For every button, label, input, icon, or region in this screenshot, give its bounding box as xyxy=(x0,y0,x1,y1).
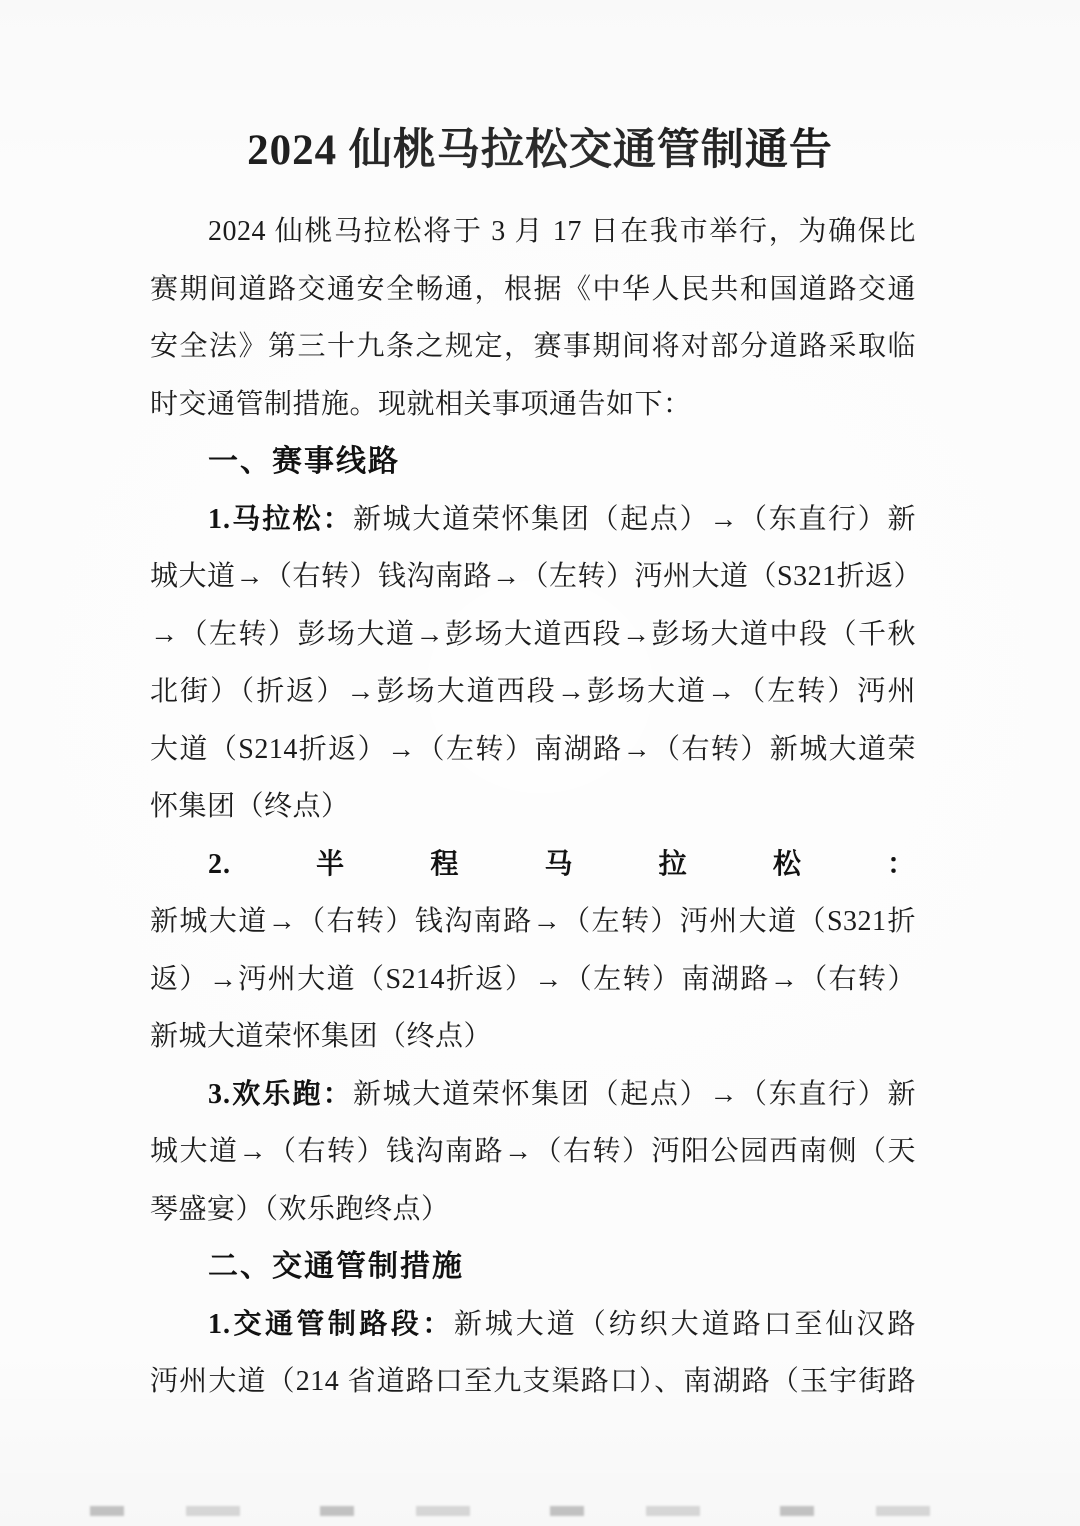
document-title: 2024 仙桃马拉松交通管制通告 xyxy=(0,0,1080,178)
document-line: 3.欢乐跑：新城大道荣怀集团（起点）→（东直行）新 xyxy=(150,1066,916,1124)
document-line: →（左转）彭场大道→彭场大道西段→彭场大道中段（千秋 xyxy=(150,606,916,664)
document-line: 返）→沔州大道（S214折返）→（左转）南湖路→（右转） xyxy=(150,951,916,1009)
document-line: 安全法》第三十九条之规定，赛事期间将对部分道路采取临 xyxy=(150,318,916,376)
document-line: 时交通管制措施。现就相关事项通告如下： xyxy=(150,376,916,434)
section-heading: 二、交通管制措施 xyxy=(150,1238,916,1296)
document-line: 2.半程马拉松：新城大道荣怀集团（起点）→（东直行） xyxy=(150,836,916,894)
document-line: 1.交通管制路段：新城大道（纺织大道路口至仙汉路口）、 xyxy=(150,1296,916,1354)
document-line: 城大道→（右转）钱沟南路→（右转）沔阳公园西南侧（天 xyxy=(150,1123,916,1181)
line-lead-label: 3.欢乐跑： xyxy=(208,1079,353,1110)
line-lead-label: 1.马拉松： xyxy=(208,504,353,535)
section-heading: 一、赛事线路 xyxy=(150,433,916,491)
document-line: 1.马拉松：新城大道荣怀集团（起点）→（东直行）新 xyxy=(150,491,916,549)
document-body: 2024 仙桃马拉松将于 3 月 17 日在我市举行，为确保比赛期间道路交通安全… xyxy=(150,203,916,1411)
document-line: 沔州大道（214 省道路口至九支渠路口）、南湖路（玉宇街路 xyxy=(150,1353,916,1411)
line-lead-label: 1.交通管制路段： xyxy=(208,1309,454,1340)
document-line: 城大道→（右转）钱沟南路→（左转）沔州大道（S321折返） xyxy=(150,548,916,606)
document-line: 2024 仙桃马拉松将于 3 月 17 日在我市举行，为确保比 xyxy=(150,203,916,261)
document-line: 赛期间道路交通安全畅通，根据《中华人民共和国道路交通 xyxy=(150,261,916,319)
scanned-document-page: { "document": { "title": "2024 仙桃马拉松交通管制… xyxy=(0,0,1080,1526)
line-lead-label: 2.半程马拉松： xyxy=(208,849,916,880)
document-line: 新城大道荣怀集团（终点） xyxy=(150,1008,916,1066)
document-line: 北街）（折返）→彭场大道西段→彭场大道→（左转）沔州 xyxy=(150,663,916,721)
document-line: 大道（S214折返）→（左转）南湖路→（右转）新城大道荣 xyxy=(150,721,916,779)
document-line: 新城大道→（右转）钱沟南路→（左转）沔州大道（S321折 xyxy=(150,893,916,951)
document-line: 琴盛宴）（欢乐跑终点） xyxy=(150,1181,916,1239)
document-line: 怀集团（终点） xyxy=(150,778,916,836)
cutoff-next-line-artifact xyxy=(90,1506,1010,1516)
